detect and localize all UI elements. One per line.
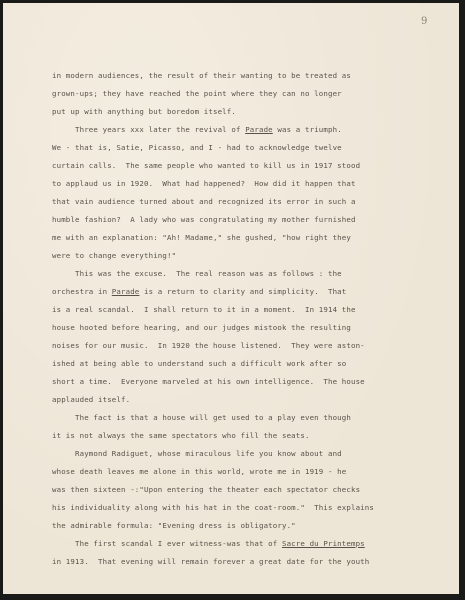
text-line: ished at being able to understand such a… bbox=[52, 355, 442, 373]
line-text: ished at being able to understand such a… bbox=[52, 359, 346, 368]
line-text: is a real scandal. I shall return to it … bbox=[52, 305, 356, 314]
line-text: in 1913. That evening will remain foreve… bbox=[52, 557, 369, 566]
text-line: Three years xxx later the revival of Par… bbox=[52, 121, 442, 139]
text-line: the admirable formula: "Evening dress is… bbox=[52, 517, 442, 535]
line-text: Three years xxx later the revival of bbox=[52, 125, 245, 134]
line-text: that vain audience turned about and reco… bbox=[52, 197, 356, 206]
text-line: in 1913. That evening will remain foreve… bbox=[52, 553, 442, 571]
line-text: orchestra in bbox=[52, 287, 112, 296]
text-line: humble fashion? A lady who was congratul… bbox=[52, 211, 442, 229]
text-line: to applaud us in 1920. What had happened… bbox=[52, 175, 442, 193]
underlined-title: Parade bbox=[112, 287, 140, 296]
line-text: house hooted before hearing, and our jud… bbox=[52, 323, 351, 332]
line-text: it is not always the same spectators who… bbox=[52, 431, 310, 440]
underlined-title: Parade bbox=[245, 125, 273, 134]
typewritten-page: 9 in modern audiences, the result of the… bbox=[3, 3, 459, 594]
text-line: is a real scandal. I shall return to it … bbox=[52, 301, 442, 319]
text-line: The first scandal I ever witness-was tha… bbox=[52, 535, 442, 553]
text-line: curtain calls. The same people who wante… bbox=[52, 157, 442, 175]
text-line: house hooted before hearing, and our jud… bbox=[52, 319, 442, 337]
line-text: The first scandal I ever witness-was tha… bbox=[52, 539, 282, 548]
line-text: grown-ups; they have reached the point w… bbox=[52, 89, 342, 98]
text-line: whose death leaves me alone in this worl… bbox=[52, 463, 442, 481]
text-line: This was the excuse. The real reason was… bbox=[52, 265, 442, 283]
line-text: humble fashion? A lady who was congratul… bbox=[52, 215, 356, 224]
text-line: put up with anything but boredom itself. bbox=[52, 103, 442, 121]
line-text: me with an explanation: "Ah! Madame," sh… bbox=[52, 233, 351, 242]
body-text: in modern audiences, the result of their… bbox=[52, 67, 442, 571]
line-text: were to change everything!" bbox=[52, 251, 176, 260]
text-line: We - that is, Satie, Picasso, and I - ha… bbox=[52, 139, 442, 157]
line-text: the admirable formula: "Evening dress is… bbox=[52, 521, 296, 530]
line-text: We - that is, Satie, Picasso, and I - ha… bbox=[52, 143, 342, 152]
text-line: Raymond Radiguet, whose miraculous life … bbox=[52, 445, 442, 463]
text-line: grown-ups; they have reached the point w… bbox=[52, 85, 442, 103]
line-text: applauded itself. bbox=[52, 395, 130, 404]
text-line: his individuality along with his hat in … bbox=[52, 499, 442, 517]
text-line: applauded itself. bbox=[52, 391, 442, 409]
text-line: me with an explanation: "Ah! Madame," sh… bbox=[52, 229, 442, 247]
line-text: to applaud us in 1920. What had happened… bbox=[52, 179, 356, 188]
text-line: short a time. Everyone marveled at his o… bbox=[52, 373, 442, 391]
line-text: This was the excuse. The real reason was… bbox=[52, 269, 342, 278]
text-line: noises for our music. In 1920 the house … bbox=[52, 337, 442, 355]
line-text: in modern audiences, the result of their… bbox=[52, 71, 351, 80]
line-text: The fact is that a house will get used t… bbox=[52, 413, 351, 422]
text-line: it is not always the same spectators who… bbox=[52, 427, 442, 445]
text-line: orchestra in Parade is a return to clari… bbox=[52, 283, 442, 301]
text-line: in modern audiences, the result of their… bbox=[52, 67, 442, 85]
text-line: was then sixteen -:"Upon entering the th… bbox=[52, 481, 442, 499]
line-text: is a return to clarity and simplicity. T… bbox=[139, 287, 346, 296]
line-text: whose death leaves me alone in this worl… bbox=[52, 467, 346, 476]
page-number: 9 bbox=[421, 16, 427, 27]
line-text: was then sixteen -:"Upon entering the th… bbox=[52, 485, 360, 494]
line-text: Raymond Radiguet, whose miraculous life … bbox=[52, 449, 342, 458]
line-text: put up with anything but boredom itself. bbox=[52, 107, 236, 116]
text-line: that vain audience turned about and reco… bbox=[52, 193, 442, 211]
line-text: was a triumph. bbox=[273, 125, 342, 134]
line-text: short a time. Everyone marveled at his o… bbox=[52, 377, 365, 386]
line-text: curtain calls. The same people who wante… bbox=[52, 161, 360, 170]
text-line: were to change everything!" bbox=[52, 247, 442, 265]
line-text: his individuality along with his hat in … bbox=[52, 503, 374, 512]
underlined-title: Sacre du Printemps bbox=[282, 539, 365, 548]
line-text: noises for our music. In 1920 the house … bbox=[52, 341, 365, 350]
text-line: The fact is that a house will get used t… bbox=[52, 409, 442, 427]
